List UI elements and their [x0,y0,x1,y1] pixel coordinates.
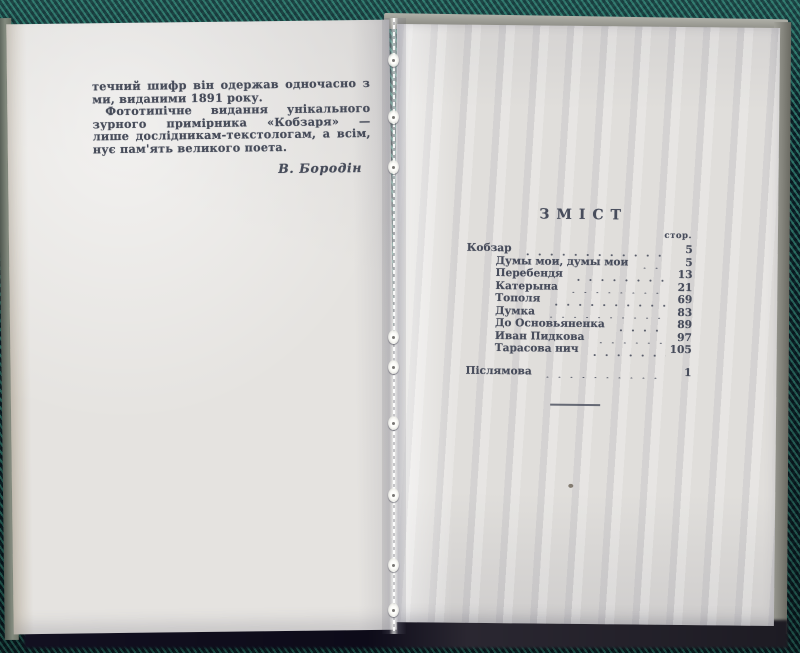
stitch-thread [388,603,399,617]
dot-leader [565,280,667,294]
stitch-thread [388,53,399,67]
toc-entry-label: Катерына [495,280,565,293]
stitch-thread [388,558,399,572]
divider-rule [550,404,600,406]
left-page-text: течний шифр він одержав одночасно з книж… [92,77,371,178]
dot-leader [586,343,666,356]
toc-entry-page: 21 [666,281,692,293]
toc-entry-page: 105 [666,344,692,356]
stitch-thread [388,160,399,174]
toc-entry-page: 5 [667,244,693,256]
toc-entry-page: 1 [665,366,691,378]
stitch-thread [388,330,399,344]
toc-entry-page: 13 [666,269,692,281]
binding-gutter [382,18,406,634]
text-line: нує пам'ять великого поета. [93,139,371,155]
photo-of-open-book: течний шифр він одержав одночасно з книж… [0,0,800,653]
toc-entry-list: Кобзар 5 Думы мои, думы мои 5 Перебендя … [465,242,692,379]
toc-entry-label: До Основьяненка [495,317,612,330]
paper-stain [568,484,573,488]
stitch-thread [388,110,399,124]
toc-entry-page: 97 [666,331,692,343]
toc-entry-page: 69 [666,294,692,306]
stitch-thread [388,416,399,430]
author-signature: В. Бородін [93,162,371,178]
toc-entry-page: 5 [667,256,693,268]
toc-entry-label: Перебендя [495,267,569,280]
toc-entry-label: Думка [495,305,542,317]
dot-leader [547,293,666,307]
toc-title: ЗМІСТ [467,206,693,224]
toc-entry-page: 83 [666,306,692,318]
toc-entry: Післямова 1 [465,364,691,379]
dot-leader [591,331,666,344]
toc-entry-page: 89 [666,319,692,331]
toc-entry-label: Иван Пидкова [495,330,592,343]
toc-entry-label: Тарасова нич [495,342,586,355]
dot-leader [539,365,666,379]
dot-leader [612,318,666,331]
right-page: ЗМІСТ стор. Кобзар 5 Думы мои, думы мои … [391,24,780,626]
toc-entry: Тарасова нич 105 [466,342,692,357]
left-page: течний шифр він одержав одночасно з книж… [6,20,396,635]
toc-entry-label: Післямова [465,364,538,377]
toc-entry-label: Думы мои, думы мои [496,255,636,268]
toc-entry-label: Кобзар [467,242,519,255]
table-of-contents: ЗМІСТ стор. Кобзар 5 Думы мои, думы мои … [465,206,693,407]
toc-entry-label: Тополя [495,292,547,305]
stitch-thread [388,488,399,502]
dot-leader [570,268,667,282]
stitch-thread [388,360,399,374]
dot-leader [635,256,666,269]
page-column-label: стор. [467,229,693,241]
